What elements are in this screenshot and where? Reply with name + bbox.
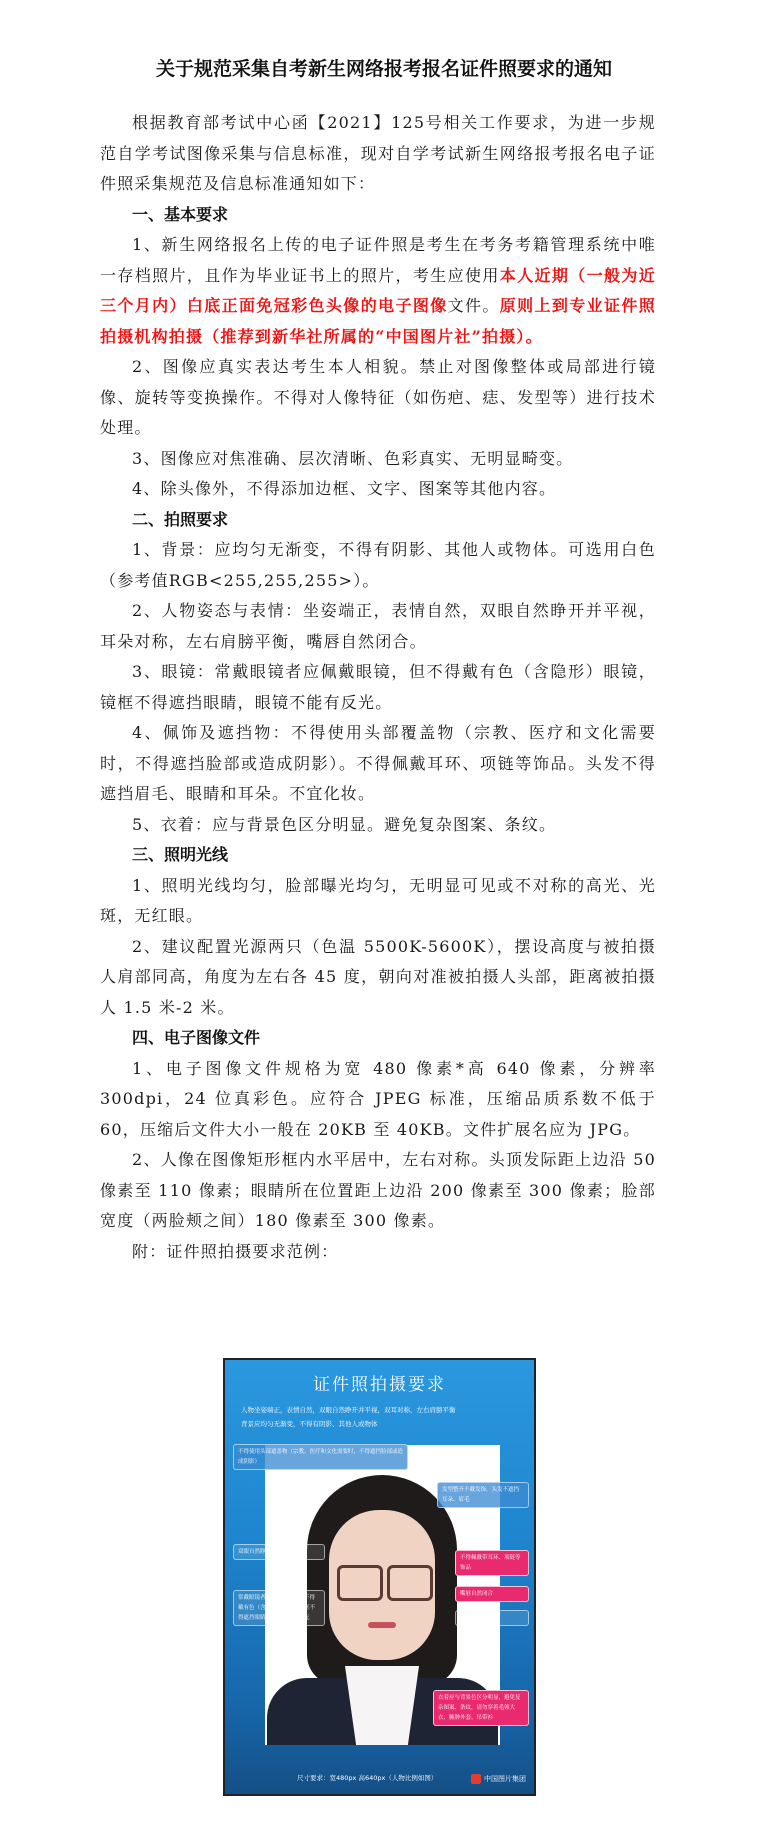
logo-mark-icon bbox=[471, 1774, 481, 1784]
callout-glasses: 常戴眼镜者应佩戴眼镜，但不得戴有色（含隐形）眼镜，镜框不得遮挡眼睛，眼镜不能有反… bbox=[233, 1590, 325, 1626]
poster-title: 证件照拍摄要求 bbox=[225, 1370, 534, 1395]
callout-makeup: 不宜化浓妆 bbox=[455, 1610, 529, 1626]
id-photo-example-poster: 证件照拍摄要求 人物坐姿端正，表情自然，双眼自然睁开并平视，双耳对称，左右肩膀平… bbox=[223, 1358, 536, 1796]
lighting-item-1: 1、照明光线均匀，脸部曝光均匀，无明显可见或不对称的高光、光斑，无红眼。 bbox=[100, 871, 656, 932]
callout-headwear: 不得使用头部遮盖物（宗教、医疗和文化需要时，不得遮挡脸部或造成阴影） bbox=[233, 1444, 408, 1470]
callout-eyes: 双眼自然睁开，目视前方 bbox=[233, 1544, 325, 1560]
basic-item-3: 3、图像应对焦准确、层次清晰、色彩真实、无明显畸变。 bbox=[100, 444, 656, 475]
portrait-shirt bbox=[345, 1666, 419, 1745]
callout-jewelry: 不得佩戴带耳环、项链等饰品 bbox=[455, 1550, 529, 1576]
appendix-label: 附：证件照拍摄要求范例： bbox=[100, 1237, 656, 1268]
glasses-right-lens bbox=[387, 1565, 433, 1601]
basic-item-1-file: 文件。 bbox=[448, 296, 500, 315]
section-heading-basic: 一、基本要求 bbox=[100, 200, 656, 231]
basic-item-4: 4、除头像外，不得添加边框、文字、图案等其他内容。 bbox=[100, 474, 656, 505]
section-heading-photo: 二、拍照要求 bbox=[100, 505, 656, 536]
photo-item-3: 3、眼镜：常戴眼镜者应佩戴眼镜，但不得戴有色（含隐形）眼镜，镜框不得遮挡眼睛，眼… bbox=[100, 657, 656, 718]
poster-size-requirement: 尺寸要求：宽480px 高640px（人物比例如图） bbox=[297, 1773, 437, 1782]
portrait-mouth bbox=[368, 1622, 396, 1628]
basic-item-1: 1、新生网络报名上传的电子证件照是考生在考务考籍管理系统中唯一存档照片，且作为毕… bbox=[100, 230, 656, 352]
file-item-2: 2、人像在图像矩形框内水平居中，左右对称。头顶发际距上边沿 50 像素至 110… bbox=[100, 1145, 656, 1237]
lighting-item-2: 2、建议配置光源两只（色温 5500K-5600K），摆设高度与被拍摄人肩部同高… bbox=[100, 932, 656, 1024]
document-title: 关于规范采集自考新生网络报考报名证件照要求的通知 bbox=[0, 54, 768, 81]
photo-item-2: 2、人物姿态与表情：坐姿端正，表情自然，双眼自然睁开并平视，耳朵对称，左右肩膀平… bbox=[100, 596, 656, 657]
photo-item-1: 1、背景：应均匀无渐变，不得有阴影、其他人或物体。可选用白色（参考值RGB<25… bbox=[100, 535, 656, 596]
logo-text: 中国图片集团 bbox=[484, 1774, 526, 1784]
china-image-group-logo: 中国图片集团 bbox=[471, 1774, 526, 1784]
poster-subtitle-1: 人物坐姿端正，表情自然，双眼自然睁开并平视，双耳对称，左右肩膀平衡 bbox=[241, 1404, 524, 1416]
callout-hair: 发型整齐不戴发饰，头发不遮挡耳朵、眉毛 bbox=[437, 1482, 529, 1508]
file-item-1: 1、电子图像文件规格为宽 480 像素*高 640 像素，分辨率300dpi，2… bbox=[100, 1054, 656, 1146]
photo-item-4: 4、佩饰及遮挡物：不得使用头部覆盖物（宗教、医疗和文化需要时，不得遮挡脸部或造成… bbox=[100, 718, 656, 810]
callout-lips: 嘴唇自然闭合 bbox=[455, 1586, 529, 1602]
callout-clothing: 衣着应与背景色区分明显，避免复杂图案、条纹，请勿穿着毛领大衣、臃肿外套、吊带衫 bbox=[433, 1690, 529, 1726]
poster-subtitle-2: 背景应均匀无渐变，不得有阴影、其他人或物体 bbox=[241, 1418, 524, 1430]
section-heading-file: 四、电子图像文件 bbox=[100, 1023, 656, 1054]
section-heading-lighting: 三、照明光线 bbox=[100, 840, 656, 871]
glasses-left-lens bbox=[337, 1565, 383, 1601]
photo-item-5: 5、衣着：应与背景色区分明显。避免复杂图案、条纹。 bbox=[100, 810, 656, 841]
document-body: 根据教育部考试中心函【2021】125号相关工作要求，为进一步规范自学考试图像采… bbox=[100, 108, 656, 1267]
basic-item-2: 2、图像应真实表达考生本人相貌。禁止对图像整体或局部进行镜像、旋转等变换操作。不… bbox=[100, 352, 656, 444]
intro-paragraph: 根据教育部考试中心函【2021】125号相关工作要求，为进一步规范自学考试图像采… bbox=[100, 108, 656, 200]
